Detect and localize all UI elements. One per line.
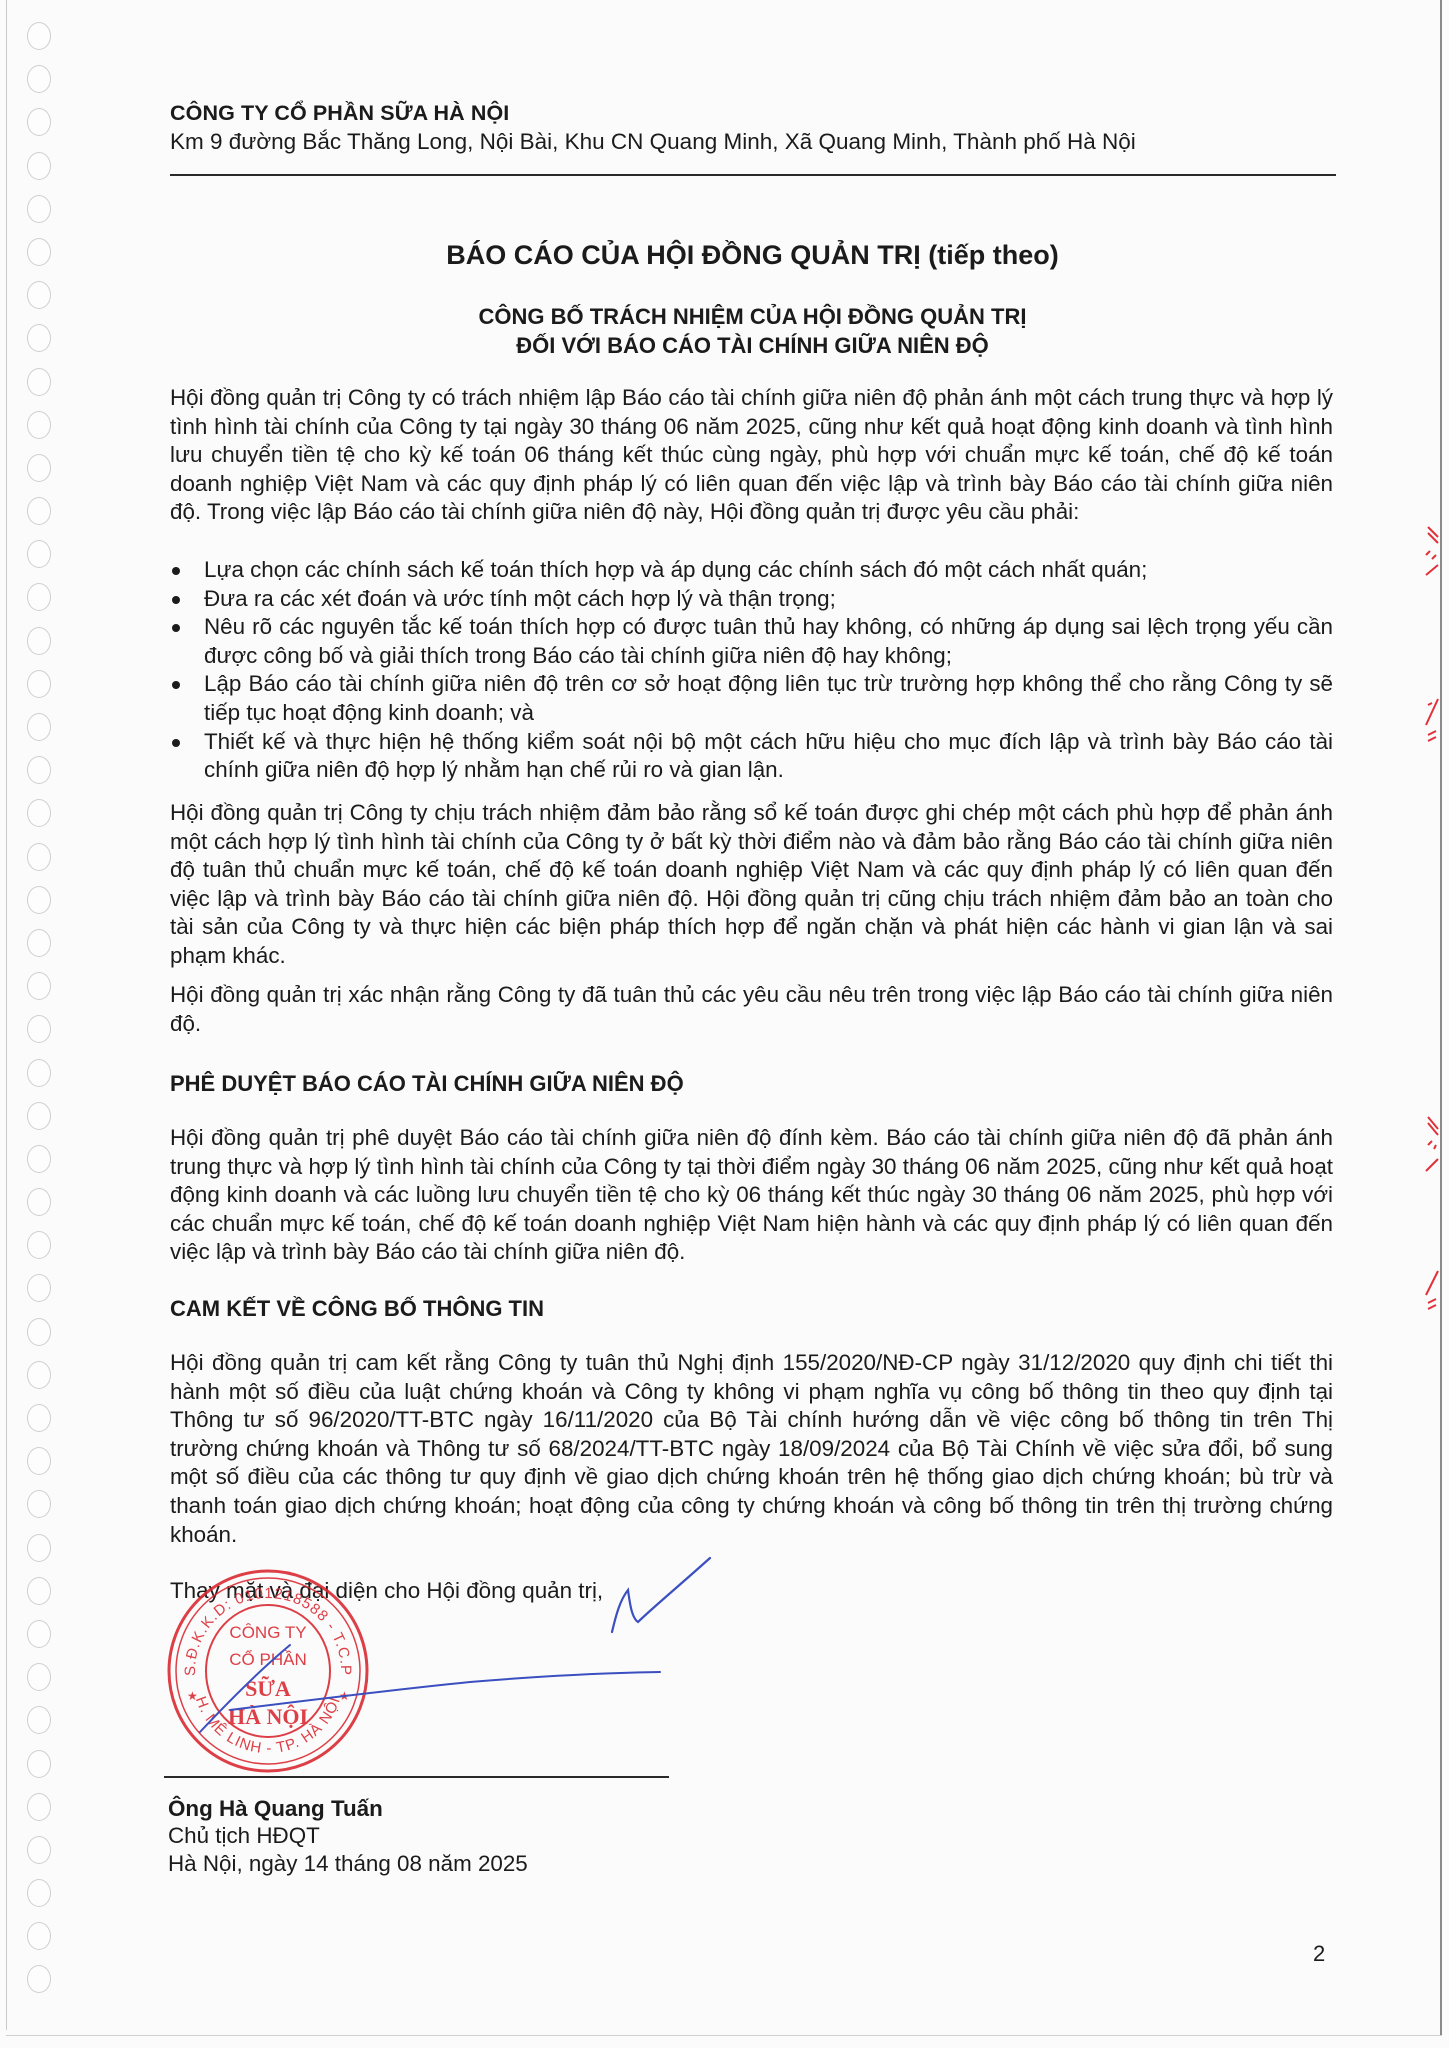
signing-place-date: Hà Nội, ngày 14 tháng 08 năm 2025 (168, 1851, 528, 1877)
responsibility-confirmation: Hội đồng quản trị xác nhận rằng Công ty … (170, 981, 1333, 1038)
responsibility-intro: Hội đồng quản trị Công ty có trách nhiệm… (170, 384, 1333, 527)
binder-hole-icon (27, 65, 51, 93)
binder-hole-icon (27, 152, 51, 180)
binder-hole-icon (27, 540, 51, 568)
edge-seal-fragment (1420, 1265, 1442, 1315)
binder-hole-icon (27, 1059, 51, 1087)
binder-hole-icon (27, 799, 51, 827)
signer-name: Ông Hà Quang Tuấn (168, 1796, 383, 1822)
binder-hole-icon (27, 1447, 51, 1475)
binder-hole-icon (27, 108, 51, 136)
binder-hole-icon (27, 1318, 51, 1346)
binder-hole-icon (27, 497, 51, 525)
signer-position: Chủ tịch HĐQT (168, 1823, 320, 1849)
bullet-icon (172, 739, 180, 747)
page-bottom-edge (6, 2035, 1442, 2036)
binder-hole-icon (27, 281, 51, 309)
binder-hole-icon (27, 756, 51, 784)
page-right-edge (1440, 0, 1442, 2035)
binder-hole-icon (27, 1706, 51, 1734)
company-name: CÔNG TY CỔ PHẦN SỮA HÀ NỘI (170, 101, 1335, 126)
binder-hole-icon (27, 1534, 51, 1562)
binder-hole-icon (27, 843, 51, 871)
edge-seal-fragment (1420, 1115, 1442, 1175)
list-item: Đưa ra các xét đoán và ước tính một cách… (170, 585, 1333, 614)
binder-hole-icon (27, 1404, 51, 1432)
edge-seal-fragment (1420, 525, 1442, 585)
list-item: Lập Báo cáo tài chính giữa niên độ trên … (170, 670, 1333, 727)
binder-hole-icon (27, 1490, 51, 1518)
bullet-icon (172, 596, 180, 604)
binder-hole-icon (27, 411, 51, 439)
binder-hole-icon (27, 1965, 51, 1993)
bullet-icon (172, 681, 180, 689)
handwritten-signature (150, 1530, 770, 1790)
signature-line (164, 1776, 669, 1778)
binder-hole-icon (27, 713, 51, 741)
binder-hole-icon (27, 1102, 51, 1130)
binder-hole-icon (27, 1620, 51, 1648)
approval-text: Hội đồng quản trị phê duyệt Báo cáo tài … (170, 1124, 1333, 1267)
binder-hole-icon (27, 324, 51, 352)
binder-hole-icon (27, 454, 51, 482)
binder-hole-icon (27, 1015, 51, 1043)
disclosure-heading: CAM KẾT VỀ CÔNG BỐ THÔNG TIN (170, 1296, 544, 1322)
binder-hole-icon (27, 670, 51, 698)
binder-hole-icon (27, 1145, 51, 1173)
subtitle-line-1: CÔNG BỐ TRÁCH NHIỆM CỦA HỘI ĐỒNG QUẢN TR… (170, 302, 1335, 331)
binder-hole-icon (27, 583, 51, 611)
subtitle-line-2: ĐỐI VỚI BÁO CÁO TÀI CHÍNH GIỮA NIÊN ĐỘ (170, 331, 1335, 360)
binder-hole-icon (27, 1922, 51, 1950)
disclosure-text: Hội đồng quản trị cam kết rằng Công ty t… (170, 1349, 1333, 1549)
approval-heading: PHÊ DUYỆT BÁO CÁO TÀI CHÍNH GIỮA NIÊN ĐỘ (170, 1071, 684, 1097)
binder-hole-icon (27, 238, 51, 266)
binder-hole-icon (27, 22, 51, 50)
bullet-icon (172, 624, 180, 632)
requirements-list: Lựa chọn các chính sách kế toán thích hợ… (170, 556, 1333, 785)
binder-hole-icon (27, 972, 51, 1000)
page-left-edge (6, 0, 7, 2030)
list-item: Thiết kế và thực hiện hệ thống kiểm soát… (170, 728, 1333, 785)
binder-hole-icon (27, 1793, 51, 1821)
bullet-icon (172, 567, 180, 575)
binder-holes (27, 22, 55, 2009)
company-address: Km 9 đường Bắc Thăng Long, Nội Bài, Khu … (170, 129, 1335, 155)
binder-hole-icon (27, 195, 51, 223)
binder-hole-icon (27, 627, 51, 655)
section-title-responsibility: CÔNG BỐ TRÁCH NHIỆM CỦA HỘI ĐỒNG QUẢN TR… (170, 302, 1335, 360)
binder-hole-icon (27, 1231, 51, 1259)
list-item: Lựa chọn các chính sách kế toán thích hợ… (170, 556, 1333, 585)
binder-hole-icon (27, 368, 51, 396)
edge-seal-fragment (1420, 685, 1442, 745)
responsibility-paragraph-2: Hội đồng quản trị Công ty chịu trách nhi… (170, 799, 1333, 971)
binder-hole-icon (27, 929, 51, 957)
binder-hole-icon (27, 1750, 51, 1778)
binder-hole-icon (27, 1577, 51, 1605)
binder-hole-icon (27, 1188, 51, 1216)
binder-hole-icon (27, 886, 51, 914)
header-divider (170, 174, 1336, 176)
binder-hole-icon (27, 1836, 51, 1864)
binder-hole-icon (27, 1879, 51, 1907)
page-number: 2 (1313, 1941, 1325, 1967)
list-item: Nêu rõ các nguyên tắc kế toán thích hợp … (170, 613, 1333, 670)
binder-hole-icon (27, 1274, 51, 1302)
binder-hole-icon (27, 1361, 51, 1389)
binder-hole-icon (27, 1663, 51, 1691)
page-title: BÁO CÁO CỦA HỘI ĐỒNG QUẢN TRỊ (tiếp theo… (170, 240, 1335, 271)
